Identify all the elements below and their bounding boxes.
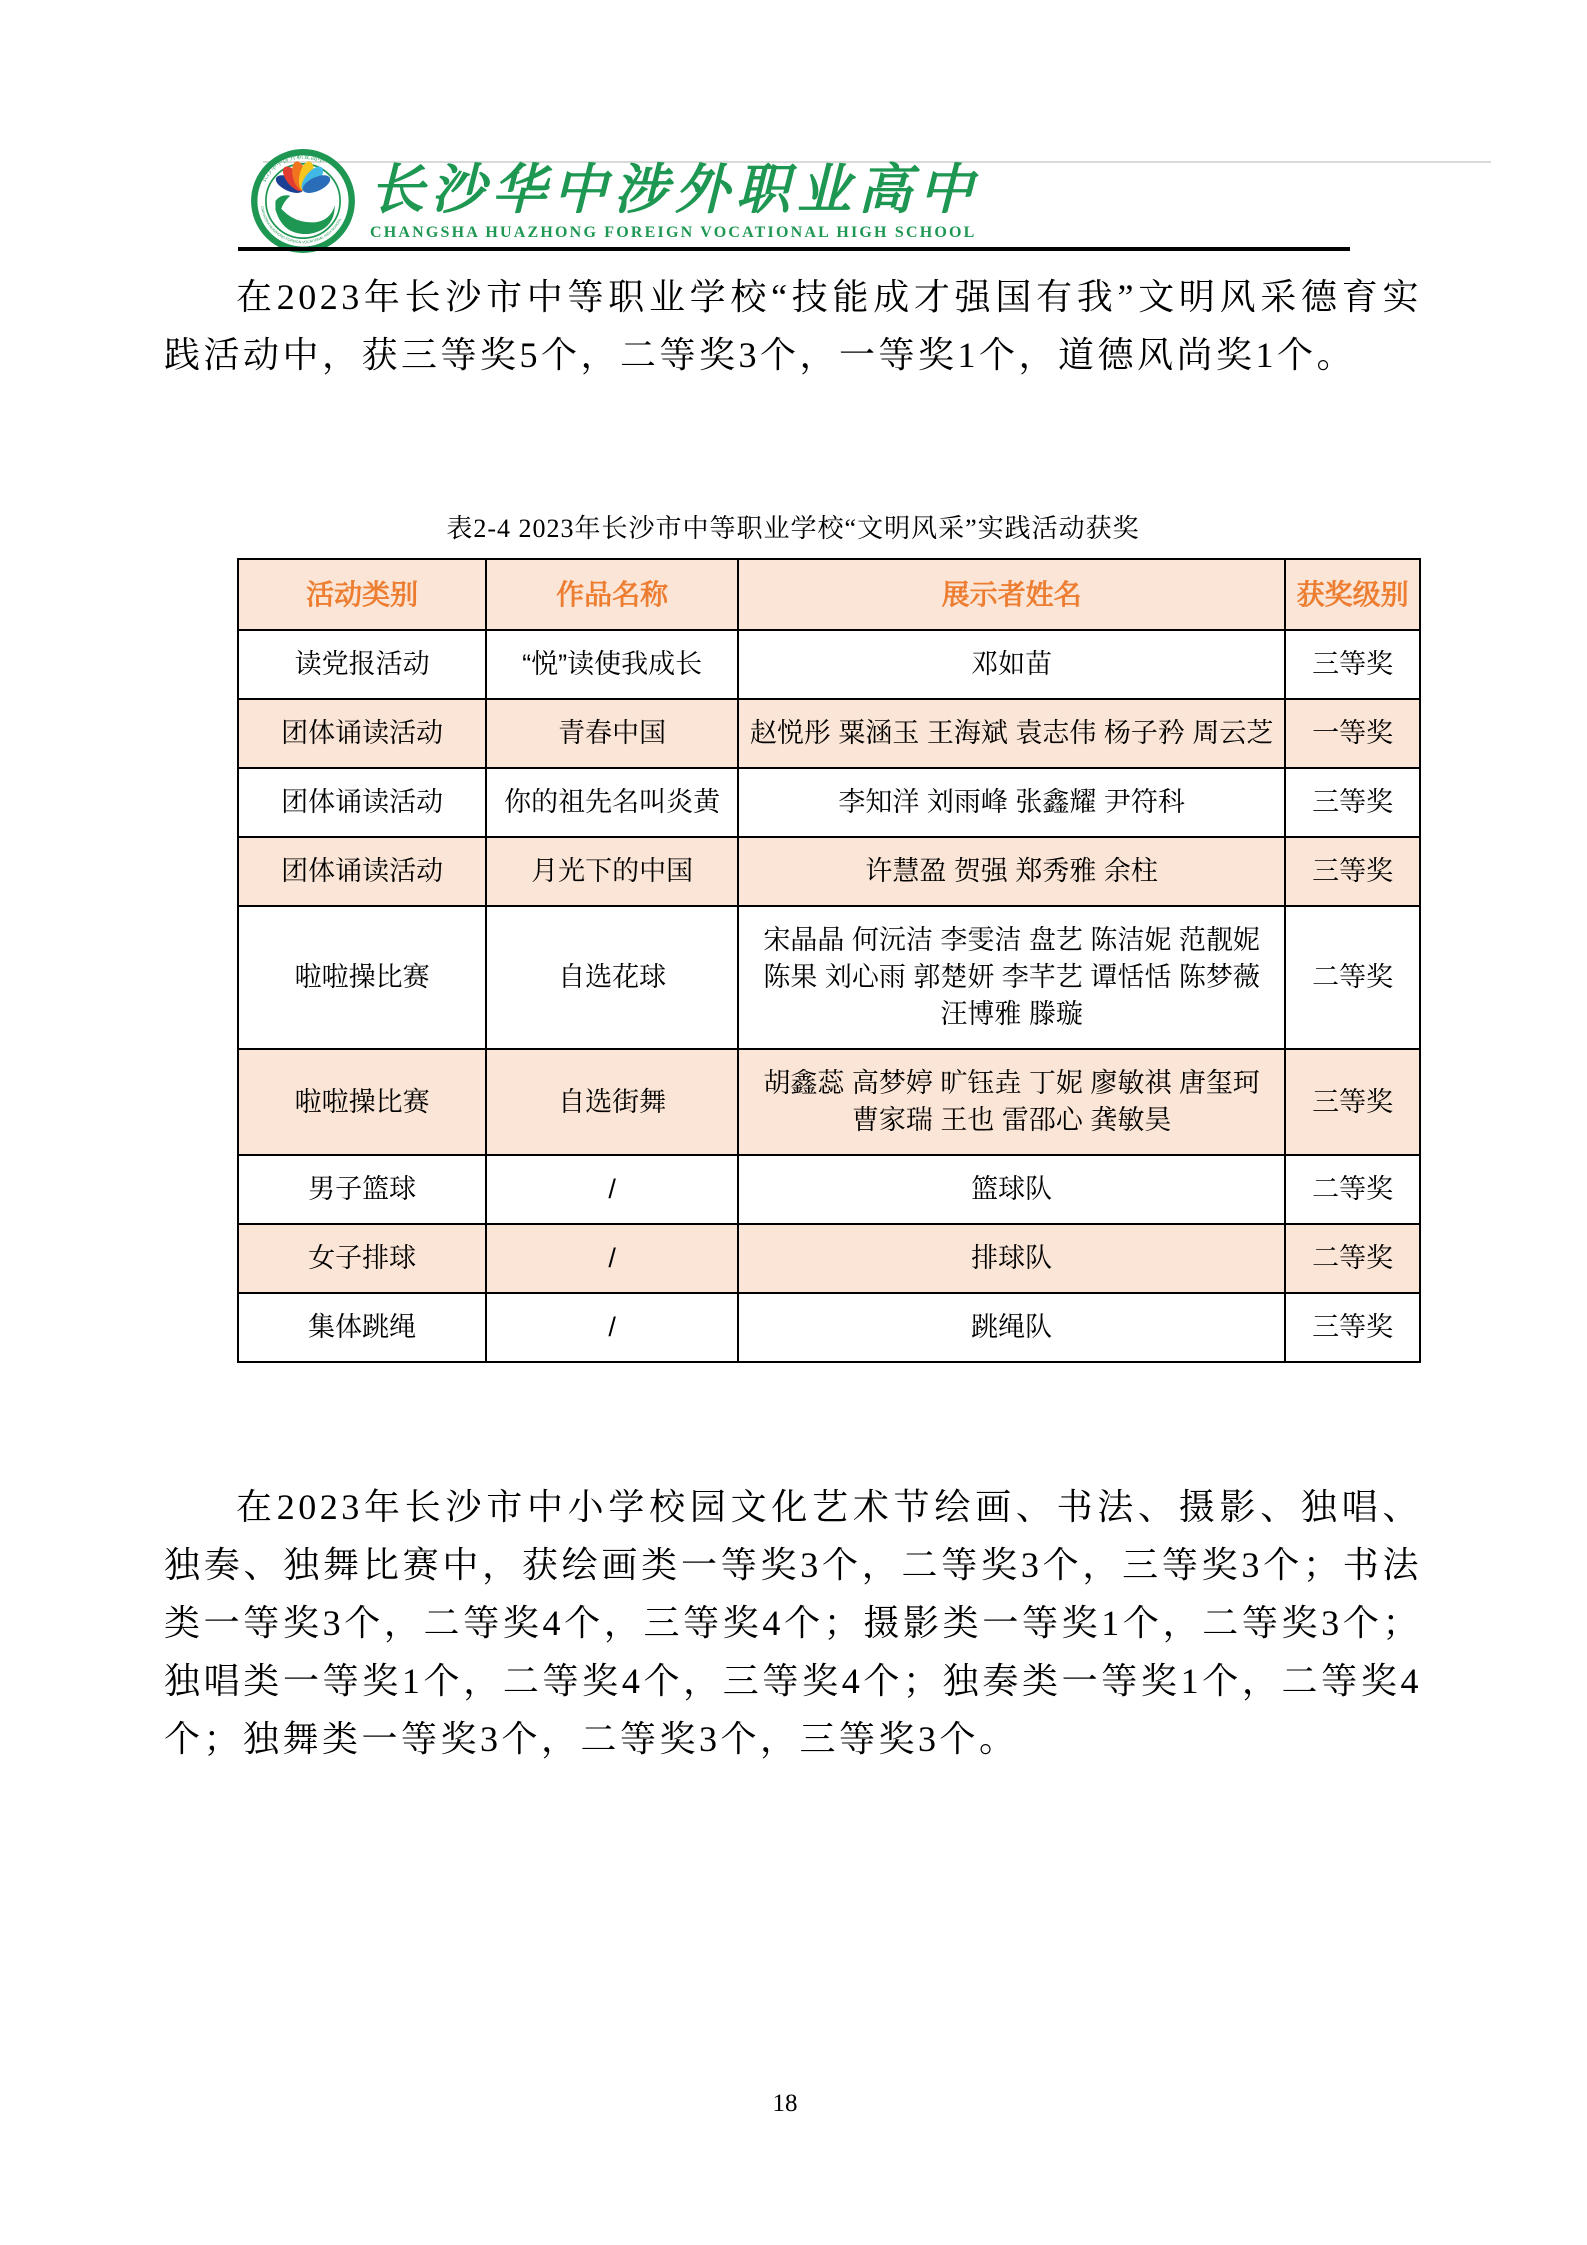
- table-cell: “悦”读使我成长: [486, 630, 738, 699]
- table-cell: 啦啦操比赛: [238, 1049, 486, 1155]
- school-name-chinese: 长沙华中涉外职业高中: [370, 160, 980, 220]
- paragraph-civility-awards: 在2023年长沙市中等职业学校“技能成才强国有我”文明风采德育实践活动中，获三等…: [164, 268, 1422, 384]
- table-cell: 男子篮球: [238, 1155, 486, 1224]
- table-cell: 月光下的中国: [486, 837, 738, 906]
- table-row: 团体诵读活动你的祖先名叫炎黄李知洋 刘雨峰 张鑫耀 尹符科三等奖: [238, 768, 1420, 837]
- page-number: 18: [0, 2090, 1570, 2118]
- column-header-activity-type: 活动类别: [238, 559, 486, 630]
- table-cell: 啦啦操比赛: [238, 906, 486, 1049]
- table-cell: 跳绳队: [738, 1293, 1285, 1362]
- school-logo-icon: 长沙华中涉外职业高中 CHANGSHA HUAZHONG FOREIGN VOC…: [250, 148, 356, 254]
- table-cell: 排球队: [738, 1224, 1285, 1293]
- paragraph-art-festival-awards: 在2023年长沙市中小学校园文化艺术节绘画、书法、摄影、独唱、独奏、独舞比赛中，…: [164, 1478, 1422, 1768]
- table-row: 啦啦操比赛自选花球宋晶晶 何沅洁 李雯洁 盘艺 陈洁妮 范靓妮 陈果 刘心雨 郭…: [238, 906, 1420, 1049]
- table-cell: 邓如苗: [738, 630, 1285, 699]
- awards-table-body: 读党报活动“悦”读使我成长邓如苗三等奖团体诵读活动青春中国赵悦彤 粟涵玉 王海斌…: [238, 630, 1420, 1362]
- table-cell: 三等奖: [1285, 768, 1420, 837]
- table-cell: 篮球队: [738, 1155, 1285, 1224]
- table-cell: 团体诵读活动: [238, 699, 486, 768]
- table-cell: /: [486, 1293, 738, 1362]
- table-row: 团体诵读活动青春中国赵悦彤 粟涵玉 王海斌 袁志伟 杨子矜 周云芝一等奖: [238, 699, 1420, 768]
- table-cell: /: [486, 1224, 738, 1293]
- table-row: 集体跳绳/跳绳队三等奖: [238, 1293, 1420, 1362]
- table-cell: 三等奖: [1285, 1049, 1420, 1155]
- school-header: 长沙华中涉外职业高中 CHANGSHA HUAZHONG FOREIGN VOC…: [250, 148, 980, 254]
- document-page: 长沙华中涉外职业高中 CHANGSHA HUAZHONG FOREIGN VOC…: [0, 0, 1587, 2245]
- table-row: 读党报活动“悦”读使我成长邓如苗三等奖: [238, 630, 1420, 699]
- table-cell: 读党报活动: [238, 630, 486, 699]
- table-cell: 自选花球: [486, 906, 738, 1049]
- school-names: 长沙华中涉外职业高中 CHANGSHA HUAZHONG FOREIGN VOC…: [370, 160, 980, 242]
- table-cell: 一等奖: [1285, 699, 1420, 768]
- table-row: 女子排球/排球队二等奖: [238, 1224, 1420, 1293]
- table-cell: 宋晶晶 何沅洁 李雯洁 盘艺 陈洁妮 范靓妮 陈果 刘心雨 郭楚妍 李芊艺 谭恬…: [738, 906, 1285, 1049]
- school-name-english: CHANGSHA HUAZHONG FOREIGN VOCATIONAL HIG…: [370, 224, 980, 242]
- column-header-work-title: 作品名称: [486, 559, 738, 630]
- table-row: 男子篮球/篮球队二等奖: [238, 1155, 1420, 1224]
- table-cell: 二等奖: [1285, 1224, 1420, 1293]
- table-cell: 胡鑫蕊 高梦婷 旷钰垚 丁妮 廖敏祺 唐玺珂 曹家瑞 王也 雷邵心 龚敏昊: [738, 1049, 1285, 1155]
- table-cell: 自选街舞: [486, 1049, 738, 1155]
- table-cell: /: [486, 1155, 738, 1224]
- table-cell: 团体诵读活动: [238, 837, 486, 906]
- table-cell: 许慧盈 贺强 郑秀雅 余柱: [738, 837, 1285, 906]
- table-cell: 李知洋 刘雨峰 张鑫耀 尹符科: [738, 768, 1285, 837]
- table-caption: 表2-4 2023年长沙市中等职业学校“文明风采”实践活动获奖: [164, 508, 1422, 545]
- table-cell: 三等奖: [1285, 1293, 1420, 1362]
- logo-hand: [275, 195, 334, 234]
- column-header-award-level: 获奖级别: [1285, 559, 1420, 630]
- table-cell: 三等奖: [1285, 837, 1420, 906]
- table-cell: 青春中国: [486, 699, 738, 768]
- table-cell: 集体跳绳: [238, 1293, 486, 1362]
- table-cell: 三等奖: [1285, 630, 1420, 699]
- awards-table: 活动类别 作品名称 展示者姓名 获奖级别 读党报活动“悦”读使我成长邓如苗三等奖…: [237, 558, 1421, 1363]
- table-cell: 女子排球: [238, 1224, 486, 1293]
- table-cell: 二等奖: [1285, 1155, 1420, 1224]
- table-header-row: 活动类别 作品名称 展示者姓名 获奖级别: [238, 559, 1420, 630]
- table-row: 啦啦操比赛自选街舞胡鑫蕊 高梦婷 旷钰垚 丁妮 廖敏祺 唐玺珂 曹家瑞 王也 雷…: [238, 1049, 1420, 1155]
- table-cell: 二等奖: [1285, 906, 1420, 1049]
- table-cell: 你的祖先名叫炎黄: [486, 768, 738, 837]
- table-cell: 团体诵读活动: [238, 768, 486, 837]
- header-rule: [238, 247, 1350, 251]
- awards-table-header: 活动类别 作品名称 展示者姓名 获奖级别: [238, 559, 1420, 630]
- table-row: 团体诵读活动月光下的中国许慧盈 贺强 郑秀雅 余柱三等奖: [238, 837, 1420, 906]
- column-header-presenter-names: 展示者姓名: [738, 559, 1285, 630]
- table-cell: 赵悦彤 粟涵玉 王海斌 袁志伟 杨子矜 周云芝: [738, 699, 1285, 768]
